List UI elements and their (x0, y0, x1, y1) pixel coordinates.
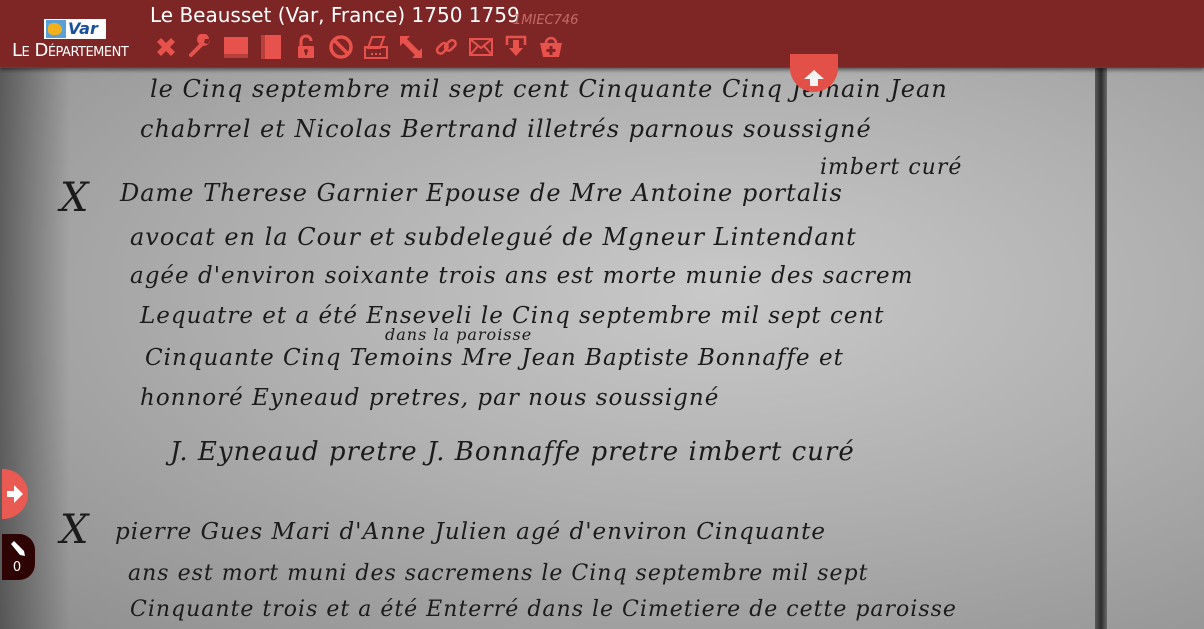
arrow-up-icon (803, 68, 825, 88)
document-line: Cinquante Cinq Temoins Mre Jean Baptiste… (145, 345, 844, 371)
settings-button[interactable] (183, 32, 218, 62)
envelope-icon (468, 34, 494, 60)
document-line: Dame Therese Garnier Epouse de Mre Antoi… (120, 179, 843, 207)
page-fold (1095, 67, 1107, 629)
document-line: Cinquante trois et a été Enterré dans le… (130, 597, 957, 622)
vertical-layout-button[interactable] (253, 32, 288, 62)
logo-org-name: Le Département (12, 40, 128, 61)
document-line: ans est mort muni des sacremens le Cinq … (128, 561, 868, 586)
wrench-icon (188, 34, 214, 60)
expand-arrows-icon (398, 34, 424, 60)
printer-icon (363, 34, 389, 60)
horizontal-layout-button[interactable] (218, 32, 253, 62)
document-line: agée d'environ soixante trois ans est mo… (130, 263, 913, 289)
document-line: imbert curé (820, 155, 962, 180)
document-image-viewer[interactable]: le Cinq septembre mil sept cent Cinquant… (0, 67, 1204, 629)
margin-mark: X (60, 507, 89, 553)
add-to-basket-button[interactable] (533, 32, 568, 62)
download-button[interactable] (498, 32, 533, 62)
viewer-toolbar (148, 32, 568, 62)
app-header: Var Le Département Le Beausset (Var, Fra… (0, 0, 1204, 68)
signatures-line: J. Eyneaud pretre J. Bonnaffe pretre imb… (170, 437, 855, 467)
annotations-button[interactable]: 0 (2, 534, 35, 580)
fullscreen-button[interactable] (393, 32, 428, 62)
arrow-right-icon (5, 484, 25, 504)
document-line: chabrrel et Nicolas Bertrand illetrés pa… (140, 115, 872, 143)
chain-link-icon (433, 34, 459, 60)
var-departement-logo[interactable]: Var Le Département (10, 18, 130, 60)
close-x-icon (153, 34, 179, 60)
email-button[interactable] (463, 32, 498, 62)
document-line: pierre Gues Mari d'Anne Julien agé d'env… (115, 519, 826, 545)
pencil-icon (8, 539, 26, 557)
link-button[interactable] (428, 32, 463, 62)
no-entry-icon (328, 34, 354, 60)
logo-var-text: Var (68, 19, 98, 39)
annotation-count: 0 (2, 560, 32, 575)
document-line: honnoré Eyneaud pretres, par nous soussi… (140, 385, 719, 411)
print-button[interactable] (358, 32, 393, 62)
document-line: dans la paroisse (385, 325, 532, 344)
basket-plus-icon (538, 34, 564, 60)
unlock-button[interactable] (288, 32, 323, 62)
margin-mark: X (60, 175, 89, 221)
block-button[interactable] (323, 32, 358, 62)
document-title: Le Beausset (Var, France) 1750 1759 (150, 3, 520, 27)
padlock-open-icon (293, 34, 319, 60)
reference-code: 1MIEC746 (513, 13, 578, 28)
close-button[interactable] (148, 32, 183, 62)
horizontal-panel-icon (223, 34, 249, 60)
vertical-panel-icon (258, 34, 284, 60)
document-line: avocat en la Cour et subdelegué de Mgneu… (130, 223, 857, 251)
var-map-icon (46, 20, 66, 38)
download-arrow-icon (503, 34, 529, 60)
